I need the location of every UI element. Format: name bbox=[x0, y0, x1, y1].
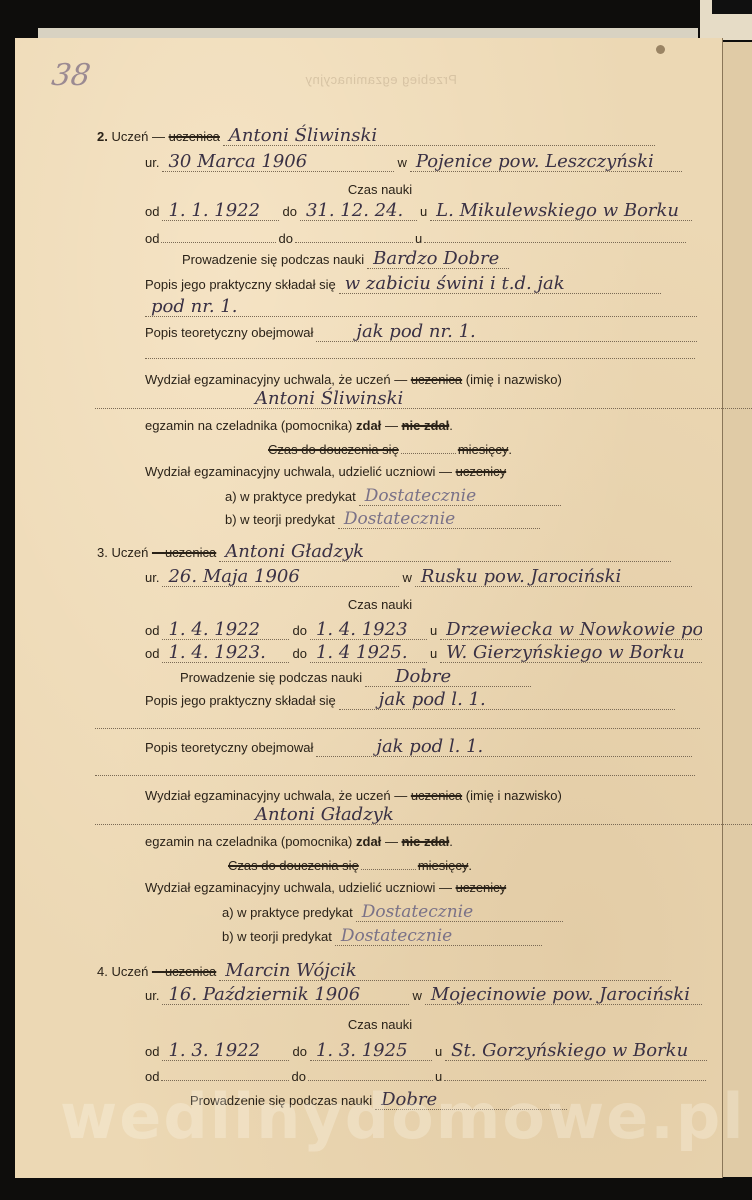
from-label: od bbox=[145, 1069, 159, 1084]
period-to: 1. 4. 1923 bbox=[310, 621, 427, 640]
at-label: u bbox=[430, 623, 437, 638]
period-row: od 1. 4. 1922 do 1. 4. 1923 u Drzewiecka… bbox=[145, 621, 705, 640]
dash: — bbox=[394, 788, 407, 803]
uczen-label: Uczeń bbox=[111, 129, 148, 144]
theoretical-value: jak pod l. 1. bbox=[316, 738, 692, 757]
theoretical-value: jak pod nr. 1. bbox=[316, 323, 697, 342]
practical-row: Popis jego praktyczny składał się jak po… bbox=[145, 691, 678, 710]
extra-time-row: Czas do douczenia się miesięcy. bbox=[268, 441, 512, 457]
extra-time-blank bbox=[361, 857, 416, 870]
period-row: od 1. 3. 1922 do 1. 3. 1925 u St. Gorzyń… bbox=[145, 1042, 710, 1061]
passed-student-name: Antoni Śliwinski bbox=[95, 390, 752, 409]
passed-student-name: Antoni Gładzyk bbox=[95, 806, 752, 825]
conduct-value: Dobre bbox=[375, 1091, 567, 1110]
page-number: 38 bbox=[50, 58, 93, 93]
grade-theory-label: b) w teorji predykat bbox=[225, 512, 335, 527]
blank-line bbox=[95, 728, 700, 729]
period-from: 1. 4. 1922 bbox=[162, 621, 289, 640]
uczen-label: Uczeń bbox=[111, 964, 148, 979]
grade-theory-value: Dostatecznie bbox=[338, 510, 540, 529]
failed-label-struck: nie zdał bbox=[402, 418, 450, 433]
grade-resolution-row: Wydział egzaminacyjny uchwala, udzielić … bbox=[145, 880, 506, 895]
from-label: od bbox=[145, 1044, 159, 1059]
to-label: do bbox=[278, 231, 292, 246]
conduct-label: Prowadzenie się podczas nauki bbox=[180, 670, 362, 685]
period-master: W. Gierzyńskiego w Borku bbox=[440, 644, 702, 663]
period-from: 1. 3. 1922 bbox=[162, 1042, 289, 1061]
background-corner bbox=[712, 0, 752, 14]
name-hint: (imię i nazwisko) bbox=[466, 372, 562, 387]
dash: — bbox=[439, 464, 452, 479]
from-label: od bbox=[145, 623, 159, 638]
binding-hole bbox=[656, 45, 665, 54]
period-master: Drzewiecka w Nowkowie pow. bbox=[440, 621, 702, 640]
uczenica-struck: uczenica bbox=[165, 964, 216, 979]
at-label: u bbox=[435, 1044, 442, 1059]
practical-continuation: pod nr. 1. bbox=[145, 298, 697, 317]
student-name: Antoni Śliwinski bbox=[223, 127, 655, 146]
blank-line bbox=[95, 775, 695, 776]
entry-number: 4. bbox=[97, 964, 108, 979]
uczen-label: Uczeń bbox=[111, 545, 148, 560]
grade-practice-label: a) w praktyce predykat bbox=[222, 905, 353, 920]
entry-number: 3. bbox=[97, 545, 108, 560]
grade-resolution-label: Wydział egzaminacyjny uchwala, udzielić … bbox=[145, 880, 435, 895]
period-to bbox=[308, 1068, 433, 1081]
conduct-value: Bardzo Dobre bbox=[367, 250, 509, 269]
czas-nauki-heading: Czas nauki bbox=[80, 182, 680, 197]
dash: — bbox=[152, 129, 165, 144]
to-label: do bbox=[282, 204, 296, 219]
period-to: 1. 3. 1925 bbox=[310, 1042, 432, 1061]
to-label: do bbox=[292, 646, 306, 661]
passed-label: zdał bbox=[356, 834, 381, 849]
theoretical-row: Popis teoretyczny obejmował jak pod l. 1… bbox=[145, 738, 695, 757]
czas-nauki-heading: Czas nauki bbox=[80, 597, 680, 612]
grade-theory-label: b) w teorji predykat bbox=[222, 929, 332, 944]
entry-4-birth-row: ur. 16. Październik 1906 w Mojecinowie p… bbox=[145, 986, 705, 1005]
adjacent-page-edge bbox=[723, 42, 752, 1177]
conduct-value: Dobre bbox=[365, 668, 531, 687]
conduct-row: Prowadzenie się podczas nauki Bardzo Dob… bbox=[182, 250, 512, 269]
from-label: od bbox=[145, 646, 159, 661]
name-hint: (imię i nazwisko) bbox=[466, 788, 562, 803]
czas-nauki-label: Czas nauki bbox=[348, 182, 412, 197]
grade-resolution-row: Wydział egzaminacyjny uchwala, udzielić … bbox=[145, 464, 506, 479]
at-label: u bbox=[435, 1069, 442, 1084]
practical-value: jak pod l. 1. bbox=[339, 691, 675, 710]
student-name: Antoni Gładzyk bbox=[219, 543, 671, 562]
czas-nauki-heading: Czas nauki bbox=[80, 1017, 680, 1032]
entry-3-name-row: 3. Uczeń —uczenica Antoni Gładzyk bbox=[97, 543, 674, 562]
dash: — bbox=[152, 964, 165, 979]
exam-label: egzamin na czeladnika (pomocnika) bbox=[145, 834, 352, 849]
conduct-row: Prowadzenie się podczas nauki Dobre bbox=[190, 1091, 570, 1110]
period-master bbox=[424, 230, 686, 243]
practical-cont-row: pod nr. 1. bbox=[145, 298, 697, 317]
in-label: w bbox=[402, 570, 411, 585]
extra-time-struck: Czas do douczenia się bbox=[228, 858, 359, 873]
czas-nauki-label: Czas nauki bbox=[348, 1017, 412, 1032]
at-label: u bbox=[420, 204, 427, 219]
practical-value: w zabiciu świni i t.d. jak bbox=[339, 275, 661, 294]
grade-practice-row: a) w praktyce predykat Dostatecznie bbox=[225, 487, 564, 506]
entry-4-name-row: 4. Uczeń —uczenica Marcin Wójcik bbox=[97, 962, 674, 981]
entry-number: 2. bbox=[97, 129, 108, 144]
grade-practice-value: Dostatecznie bbox=[356, 903, 563, 922]
at-label: u bbox=[430, 646, 437, 661]
uczenica-struck: uczenica bbox=[165, 545, 216, 560]
from-label: od bbox=[145, 204, 159, 219]
extra-time-row: Czas do douczenia się miesięcy. bbox=[228, 857, 472, 873]
theoretical-label: Popis teoretyczny obejmował bbox=[145, 740, 313, 755]
resolution-row: Wydział egzaminacyjny uchwala, że uczeń … bbox=[145, 788, 562, 803]
extra-time-blank bbox=[401, 441, 456, 454]
from-label: od bbox=[145, 231, 159, 246]
period-row: od do u bbox=[145, 1068, 708, 1084]
practical-label: Popis jego praktyczny składał się bbox=[145, 693, 336, 708]
blank-line bbox=[145, 358, 695, 359]
period-to: 1. 4 1925. bbox=[310, 644, 427, 663]
birth-date: 16. Październik 1906 bbox=[162, 986, 409, 1005]
failed-label-struck: nie zdał bbox=[402, 834, 450, 849]
uczenica-struck: uczenica bbox=[411, 372, 462, 387]
practical-label: Popis jego praktyczny składał się bbox=[145, 277, 336, 292]
passed-name-row: Antoni Gładzyk bbox=[95, 806, 752, 825]
period-row: od do u bbox=[145, 230, 688, 246]
entry-3-birth-row: ur. 26. Maja 1906 w Rusku pow. Jarocińsk… bbox=[145, 568, 695, 587]
resolution-label: Wydział egzaminacyjny uchwala, że uczeń bbox=[145, 372, 391, 387]
dash: — bbox=[385, 418, 398, 433]
period-from bbox=[161, 1068, 289, 1081]
birth-date: 30 Marca 1906 bbox=[162, 153, 394, 172]
born-label: ur. bbox=[145, 570, 159, 585]
exam-result-row: egzamin na czeladnika (pomocnika) zdał —… bbox=[145, 834, 453, 849]
to-label: do bbox=[292, 1044, 306, 1059]
resolution-row: Wydział egzaminacyjny uchwala, że uczeń … bbox=[145, 372, 562, 387]
resolution-label: Wydział egzaminacyjny uchwala, że uczeń bbox=[145, 788, 391, 803]
birth-place: Mojecinowie pow. Jarociński bbox=[425, 986, 702, 1005]
grade-theory-row: b) w teorji predykat Dostatecznie bbox=[225, 510, 543, 529]
theoretical-row: Popis teoretyczny obejmował jak pod nr. … bbox=[145, 323, 700, 342]
dash: — bbox=[385, 834, 398, 849]
extra-time-struck: Czas do douczenia się bbox=[268, 442, 399, 457]
period-master bbox=[444, 1068, 706, 1081]
exam-label: egzamin na czeladnika (pomocnika) bbox=[145, 418, 352, 433]
conduct-label: Prowadzenie się podczas nauki bbox=[190, 1093, 372, 1108]
practical-row: Popis jego praktyczny składał się w zabi… bbox=[145, 275, 664, 294]
months-struck: miesięcy bbox=[418, 858, 469, 873]
grade-practice-value: Dostatecznie bbox=[359, 487, 561, 506]
uczennicy-struck: uczenicy bbox=[456, 464, 507, 479]
born-label: ur. bbox=[145, 155, 159, 170]
born-label: ur. bbox=[145, 988, 159, 1003]
entry-2-name-row: 2. Uczeń — uczenica Antoni Śliwinski bbox=[97, 127, 658, 146]
conduct-row: Prowadzenie się podczas nauki Dobre bbox=[180, 668, 534, 687]
grade-theory-row: b) w teorji predykat Dostatecznie bbox=[222, 927, 545, 946]
uczenica-struck: uczenica bbox=[169, 129, 220, 144]
grade-practice-row: a) w praktyce predykat Dostatecznie bbox=[222, 903, 566, 922]
entry-2-birth-row: ur. 30 Marca 1906 w Pojenice pow. Leszcz… bbox=[145, 153, 685, 172]
passed-label: zdał bbox=[356, 418, 381, 433]
theoretical-label: Popis teoretyczny obejmował bbox=[145, 325, 313, 340]
dash: — bbox=[394, 372, 407, 387]
grade-resolution-label: Wydział egzaminacyjny uchwala, udzielić … bbox=[145, 464, 435, 479]
uczenica-struck: uczenica bbox=[411, 788, 462, 803]
birth-place: Rusku pow. Jarociński bbox=[415, 568, 692, 587]
in-label: w bbox=[397, 155, 406, 170]
grade-theory-value: Dostatecznie bbox=[335, 927, 542, 946]
months-struck: miesięcy bbox=[458, 442, 509, 457]
period-to: 31. 12. 24. bbox=[300, 202, 417, 221]
in-label: w bbox=[412, 988, 421, 1003]
period-to bbox=[295, 230, 413, 243]
to-label: do bbox=[292, 623, 306, 638]
grade-practice-label: a) w praktyce predykat bbox=[225, 489, 356, 504]
at-label: u bbox=[415, 231, 422, 246]
to-label: do bbox=[291, 1069, 305, 1084]
period-from bbox=[161, 230, 276, 243]
student-name: Marcin Wójcik bbox=[219, 962, 671, 981]
birth-date: 26. Maja 1906 bbox=[162, 568, 399, 587]
period-row: od 1. 4. 1923. do 1. 4 1925. u W. Gierzy… bbox=[145, 644, 705, 663]
period-from: 1. 4. 1923. bbox=[162, 644, 289, 663]
passed-name-row: Antoni Śliwinski bbox=[95, 390, 752, 409]
bleed-through-header: Przebieg egzaminacyjny bbox=[305, 72, 457, 87]
period-row: od 1. 1. 1922 do 31. 12. 24. u L. Mikule… bbox=[145, 202, 695, 221]
dash: — bbox=[439, 880, 452, 895]
conduct-label: Prowadzenie się podczas nauki bbox=[182, 252, 364, 267]
period-master: St. Gorzyńskiego w Borku bbox=[445, 1042, 707, 1061]
exam-result-row: egzamin na czeladnika (pomocnika) zdał —… bbox=[145, 418, 453, 433]
dash: — bbox=[152, 545, 165, 560]
czas-nauki-label: Czas nauki bbox=[348, 597, 412, 612]
birth-place: Pojenice pow. Leszczyński bbox=[410, 153, 682, 172]
uczennicy-struck: uczenicy bbox=[456, 880, 507, 895]
period-from: 1. 1. 1922 bbox=[162, 202, 279, 221]
period-master: L. Mikulewskiego w Borku bbox=[430, 202, 692, 221]
